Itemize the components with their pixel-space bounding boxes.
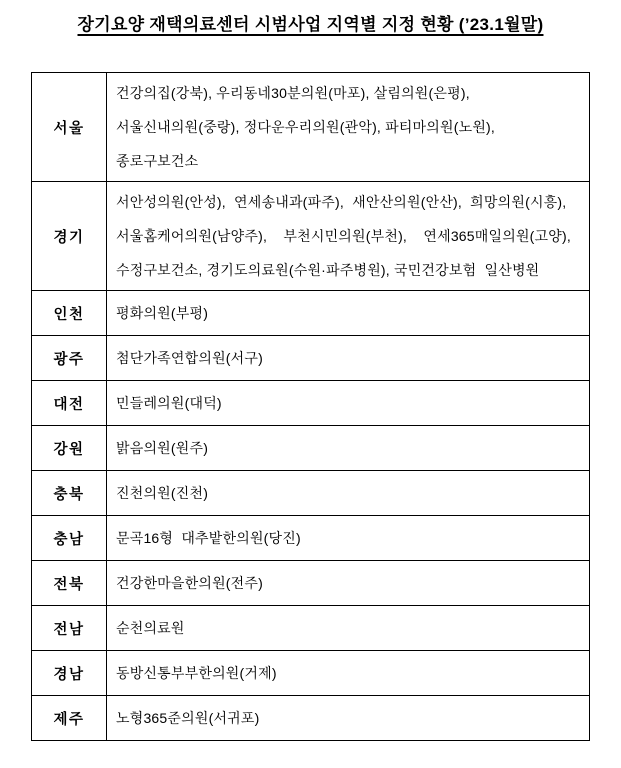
institutions-cell: 노형365준의원(서귀포) [107,696,590,741]
institution-line: 건강의집(강북), 우리동네30분의원(마포), 살림의원(은평), [116,76,580,110]
institution-line: 서안성의원(안성), 연세송내과(파주), 새안산의원(안산), 희망의원(시흥… [116,185,580,219]
table-row: 경기 서안성의원(안성), 연세송내과(파주), 새안산의원(안산), 희망의원… [32,182,590,291]
institution-line: 수정구보건소, 경기도의료원(수원·파주병원), 국민건강보험 일산병원 [116,253,580,287]
institution-line: 건강한마을한의원(전주) [116,573,580,593]
region-cell: 경기 [32,182,107,291]
table-row: 충북 진천의원(진천) [32,471,590,516]
institutions-cell: 밝음의원(원주) [107,426,590,471]
institutions-cell: 동방신통부부한의원(거제) [107,651,590,696]
institutions-cell: 건강한마을한의원(전주) [107,561,590,606]
institution-line: 종로구보건소 [116,144,580,178]
table-row: 대전 민들레의원(대덕) [32,381,590,426]
institution-line: 진천의원(진천) [116,483,580,503]
institutions-cell: 평화의원(부평) [107,291,590,336]
institution-line: 노형365준의원(서귀포) [116,708,580,728]
region-cell: 충남 [32,516,107,561]
institution-line: 동방신통부부한의원(거제) [116,663,580,683]
institution-line: 첨단가족연합의원(서구) [116,348,580,368]
institutions-cell: 민들레의원(대덕) [107,381,590,426]
institutions-cell: 순천의료원 [107,606,590,651]
region-table: 서울 건강의집(강북), 우리동네30분의원(마포), 살림의원(은평),서울신… [31,72,590,741]
institution-line: 서울홈케어의원(남양주), 부천시민의원(부천), 연세365매일의원(고양), [116,219,580,253]
page-title: 장기요양 재택의료센터 시범사업 지역별 지정 현황 (’23.1월말) [0,10,621,35]
table-row: 강원 밝음의원(원주) [32,426,590,471]
region-table-body: 서울 건강의집(강북), 우리동네30분의원(마포), 살림의원(은평),서울신… [32,73,590,741]
institution-line: 평화의원(부평) [116,303,580,323]
institution-line: 밝음의원(원주) [116,438,580,458]
region-cell: 경남 [32,651,107,696]
table-row: 광주 첨단가족연합의원(서구) [32,336,590,381]
institution-line: 순천의료원 [116,618,580,638]
table-row: 서울 건강의집(강북), 우리동네30분의원(마포), 살림의원(은평),서울신… [32,73,590,182]
region-cell: 광주 [32,336,107,381]
region-cell: 강원 [32,426,107,471]
table-row: 경남 동방신통부부한의원(거제) [32,651,590,696]
institution-line: 민들레의원(대덕) [116,393,580,413]
region-cell: 서울 [32,73,107,182]
region-cell: 대전 [32,381,107,426]
institutions-cell: 건강의집(강북), 우리동네30분의원(마포), 살림의원(은평),서울신내의원… [107,73,590,182]
table-row: 전북 건강한마을한의원(전주) [32,561,590,606]
region-cell: 충북 [32,471,107,516]
institutions-cell: 첨단가족연합의원(서구) [107,336,590,381]
institution-line: 서울신내의원(중랑), 정다운우리의원(관악), 파티마의원(노원), [116,110,580,144]
institution-line: 문곡16형 대추밭한의원(당진) [116,528,580,548]
page-title-text: 장기요양 재택의료센터 시범사업 지역별 지정 현황 (’23.1월말) [78,15,544,34]
region-cell: 전북 [32,561,107,606]
institutions-cell: 서안성의원(안성), 연세송내과(파주), 새안산의원(안산), 희망의원(시흥… [107,182,590,291]
institutions-cell: 진천의원(진천) [107,471,590,516]
region-cell: 제주 [32,696,107,741]
region-cell: 전남 [32,606,107,651]
institutions-cell: 문곡16형 대추밭한의원(당진) [107,516,590,561]
table-row: 제주 노형365준의원(서귀포) [32,696,590,741]
region-cell: 인천 [32,291,107,336]
table-row: 전남 순천의료원 [32,606,590,651]
table-row: 인천 평화의원(부평) [32,291,590,336]
table-row: 충남 문곡16형 대추밭한의원(당진) [32,516,590,561]
